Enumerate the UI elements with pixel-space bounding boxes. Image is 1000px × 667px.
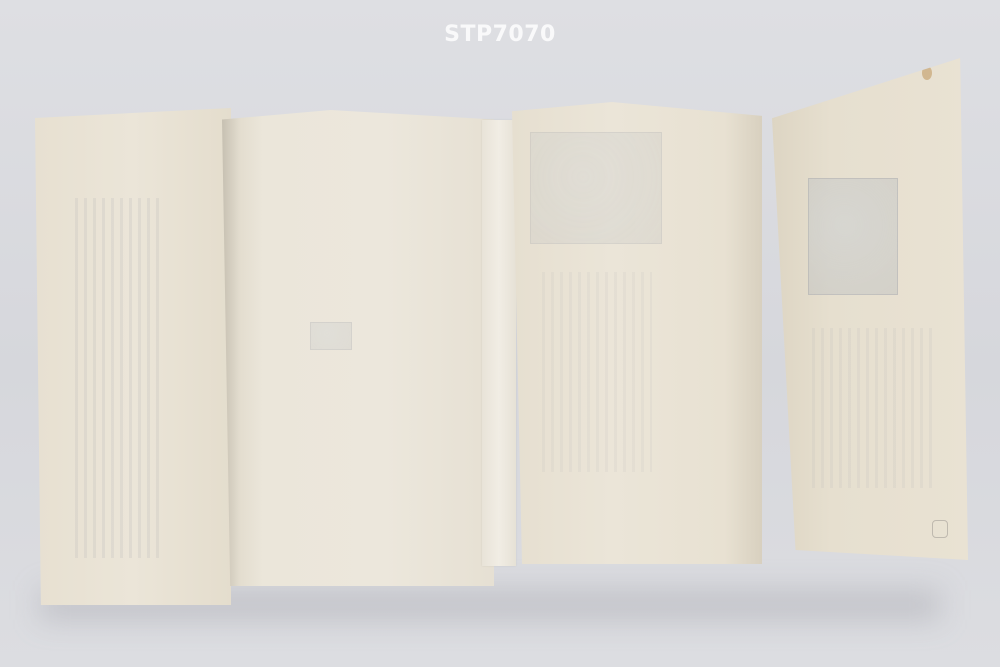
corner-mark-icon <box>932 520 948 538</box>
faint-mark <box>310 322 352 350</box>
leaflet-panel-left <box>35 108 231 605</box>
watermark-text: STP7070 <box>0 22 1000 47</box>
spine-faint-text: ​ <box>492 130 502 330</box>
leaflet-panel-center-right <box>512 102 762 564</box>
leaflet-panel-center-left <box>222 110 494 586</box>
corner-stain <box>922 66 932 80</box>
faint-stamp-impression <box>530 132 662 244</box>
faint-text-columns <box>75 198 165 558</box>
stamp-caption-and-text <box>812 328 932 488</box>
stamp-image <box>808 178 898 295</box>
leaflet-panel-right <box>772 58 968 560</box>
leaflet-spine: ​ <box>482 120 516 566</box>
faint-text-lines <box>542 272 652 472</box>
